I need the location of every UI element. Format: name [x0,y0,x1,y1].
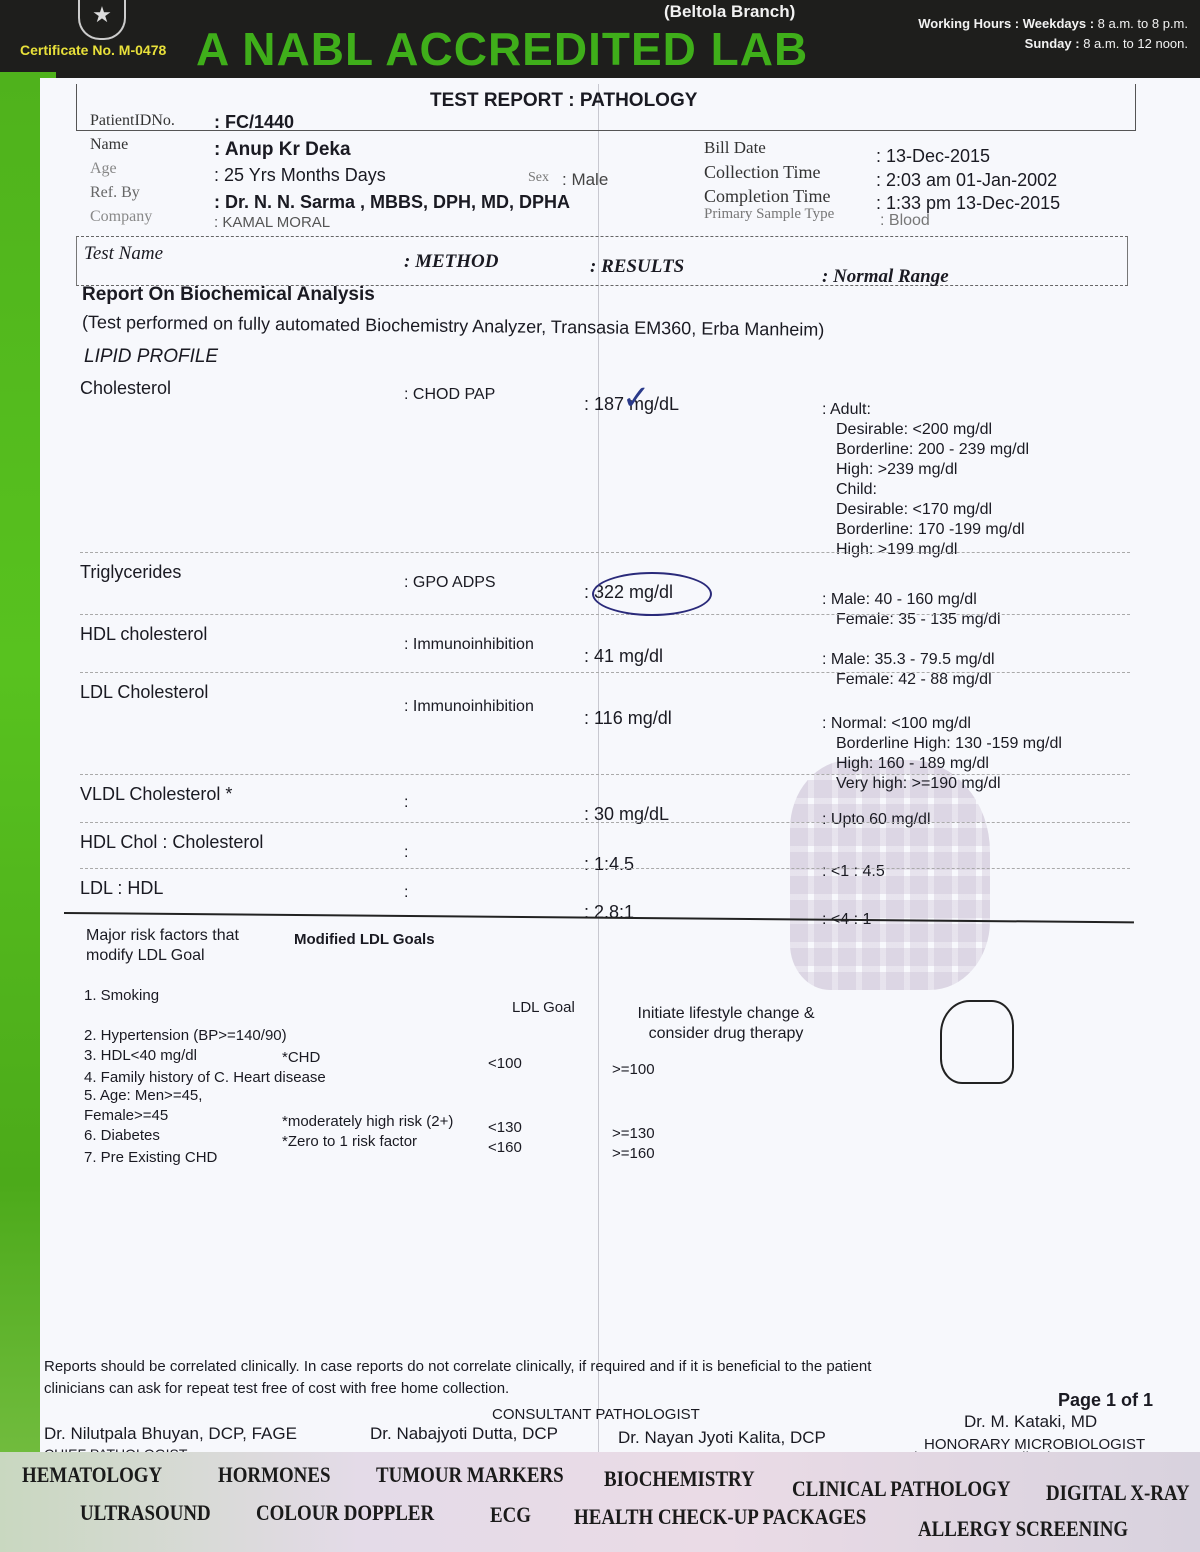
hours-weekdays: 8 a.m. to 8 p.m. [1098,16,1188,31]
ref-by-label: Ref. By [90,184,140,202]
doctor-kataki: Dr. M. Kataki, MD [964,1412,1097,1432]
test-normal-range: : Adult:Desirable: <200 mg/dlBorderline:… [822,400,1029,560]
department-item: CLINICAL PATHOLOGY [792,1476,1010,1502]
doctor-dutta: Dr. Nabajyoti Dutta, DCP [370,1424,558,1444]
department-item: DIGITAL X-RAY [1046,1480,1190,1506]
row-divider [80,614,1130,615]
test-result: : 116 mg/dl [584,708,672,729]
ldl-goal-value: <100 [488,1054,522,1074]
ldl-goal-value: <130 [488,1118,522,1138]
handwritten-mark [940,1000,1014,1084]
row-divider [80,672,1130,673]
company-label: Company [90,208,152,226]
test-name: VLDL Cholesterol * [80,784,232,805]
section-title: Report On Biochemical Analysis [82,284,375,306]
therapy-threshold: >=100 [612,1060,655,1080]
department-item: COLOUR DOPPLER [256,1500,434,1526]
therapy-threshold: >=130 [612,1124,655,1144]
test-name: Cholesterol [80,378,171,399]
test-method: : [404,844,408,862]
test-result: : 41 mg/dl [584,646,663,667]
range-line: : <1 : 4.5 [822,862,885,882]
risk-factor: 5. Age: Men>=45, [84,1086,202,1106]
ldl-goal-header: LDL Goal [512,998,575,1018]
risk-factor: Female>=45 [84,1106,168,1126]
test-normal-range: : Upto 60 mg/dl [822,810,931,830]
referring-doctor: : Dr. N. N. Sarma , MBBS, DPH, MD, DPHA [214,192,570,213]
sunday-label: Sunday : [1025,36,1080,51]
range-line: High: >199 mg/dl [822,540,1029,560]
doctor-chief: Dr. Nilutpala Bhuyan, DCP, FAGE [44,1424,297,1444]
range-line: Borderline: 200 - 239 mg/dl [822,440,1029,460]
col-method: : METHOD [404,251,498,273]
range-line: : Male: 40 - 160 mg/dl [822,590,1001,610]
test-name: HDL Chol : Cholesterol [80,832,263,853]
row-divider [80,822,1130,823]
test-name: LDL : HDL [80,878,163,899]
col-test-name: Test Name [84,243,163,265]
range-line: Desirable: <200 mg/dl [822,420,1029,440]
bill-date-label: Bill Date [704,138,766,158]
doctor-kalita: Dr. Nayan Jyoti Kalita, DCP [618,1428,826,1448]
range-line: Desirable: <170 mg/dl [822,500,1029,520]
risk-factors-header: Major risk factors that modify LDL Goal [86,926,286,966]
watermark [790,760,990,990]
test-name: LDL Cholesterol [80,682,208,703]
consultant-title: CONSULTANT PATHOLOGIST [492,1406,700,1423]
test-result: : 1:4.5 [584,854,634,875]
range-line: High: >239 mg/dl [822,460,1029,480]
result-highlight-circle [592,572,712,616]
range-line: Very high: >=190 mg/dl [822,774,1062,794]
disclaimer-line-2: clinicians can ask for repeat test free … [44,1380,509,1397]
branch-name: (Beltola Branch) [664,2,795,22]
sample-type-label: Primary Sample Type [704,206,834,223]
therapy-threshold: >=160 [612,1144,655,1164]
department-item: HEMATOLOGY [22,1462,162,1488]
department-item: ULTRASOUND [80,1500,211,1526]
test-name: Triglycerides [80,562,181,583]
risk-factor: 2. Hypertension (BP>=140/90) [84,1026,287,1046]
range-line: : Adult: [822,400,1029,420]
test-normal-range: : <1 : 4.5 [822,862,885,882]
patient-name: : Anup Kr Deka [214,139,351,161]
page-number: Page 1 of 1 [1058,1390,1153,1411]
department-item: ALLERGY SCREENING [918,1516,1128,1542]
collection-time-label: Collection Time [704,162,821,183]
test-method: : GPO ADPS [404,574,496,592]
risk-category: *CHD [282,1048,320,1068]
range-line: Borderline High: 130 -159 mg/dl [822,734,1062,754]
bill-date-value: : 13-Dec-2015 [876,146,990,167]
test-method: : CHOD PAP [404,386,495,404]
department-item: BIOCHEMISTRY [604,1466,755,1492]
report-title: TEST REPORT : PATHOLOGY [430,90,697,112]
ldl-goal-value: <160 [488,1138,522,1158]
therapy-header: Initiate lifestyle change & consider dru… [626,1004,826,1044]
range-line: : Normal: <100 mg/dl [822,714,1062,734]
test-method: : Immunoinhibition [404,698,534,716]
row-divider [80,552,1130,553]
risk-factor: 3. HDL<40 mg/dl [84,1046,197,1066]
certificate-number: Certificate No. M-0478 [20,42,166,58]
department-item: TUMOUR MARKERS [376,1462,564,1488]
test-normal-range: : Normal: <100 mg/dlBorderline High: 130… [822,714,1062,794]
test-normal-range: : Male: 35.3 - 79.5 mg/dlFemale: 42 - 88… [822,650,995,690]
completion-time-label: Completion Time [704,186,831,207]
risk-factor: 6. Diabetes [84,1126,160,1146]
department-item: HEALTH CHECK-UP PACKAGES [574,1504,866,1530]
range-line: Borderline: 170 -199 mg/dl [822,520,1029,540]
test-method: : Immunoinhibition [404,636,534,654]
range-line: : Male: 35.3 - 79.5 mg/dl [822,650,995,670]
patient-sex: : Male [562,170,608,190]
test-method: : [404,794,408,812]
lab-accreditation-title: A NABL ACCREDITED LAB [196,22,808,76]
lab-emblem-icon: ★ [78,0,126,40]
working-hours: Working Hours : Weekdays : 8 a.m. to 8 p… [918,14,1188,54]
collection-time-value: : 2:03 am 01-Jan-2002 [876,170,1057,191]
test-name: HDL cholesterol [80,624,207,645]
range-line: High: 160 - 189 mg/dl [822,754,1062,774]
sample-type-value: : Blood [880,212,930,230]
risk-factor: 1. Smoking [84,986,159,1006]
company-value: : KAMAL MORAL [214,214,330,231]
col-normal-range: : Normal Range [822,266,949,288]
sex-label: Sex [528,170,549,186]
range-line: Female: 35 - 135 mg/dl [822,610,1001,630]
range-line: Child: [822,480,1029,500]
test-method: : [404,884,408,902]
lipid-profile-heading: LIPID PROFILE [84,346,218,368]
name-label: Name [90,136,128,154]
risk-factor: 7. Pre Existing CHD [84,1148,217,1168]
patient-id-label: PatientIDNo. [90,112,175,130]
completion-time-value: : 1:33 pm 13-Dec-2015 [876,193,1060,214]
risk-category: *Zero to 1 risk factor [282,1132,417,1152]
disclaimer-line-1: Reports should be correlated clinically.… [44,1358,871,1375]
modified-goals-header: Modified LDL Goals [294,930,435,950]
risk-factor: 4. Family history of C. Heart disease [84,1068,326,1088]
checkmark-icon: ✓ [622,378,651,418]
range-line: : Upto 60 mg/dl [822,810,931,830]
test-normal-range: : Male: 40 - 160 mg/dlFemale: 35 - 135 m… [822,590,1001,630]
patient-age: : 25 Yrs Months Days [214,165,386,186]
range-line: Female: 42 - 88 mg/dl [822,670,995,690]
risk-category: *moderately high risk (2+) [282,1112,453,1132]
patient-id-value: : FC/1440 [214,112,294,133]
row-divider [80,868,1130,869]
test-result: : 2.8:1 [584,902,634,923]
hours-label: Working Hours : Weekdays : [918,16,1094,31]
row-divider [80,774,1130,775]
hours-sunday: 8 a.m. to 12 noon. [1083,36,1188,51]
department-item: HORMONES [218,1462,330,1488]
age-label: Age [90,160,117,178]
department-item: ECG [490,1502,531,1528]
col-results: : RESULTS [590,256,684,278]
